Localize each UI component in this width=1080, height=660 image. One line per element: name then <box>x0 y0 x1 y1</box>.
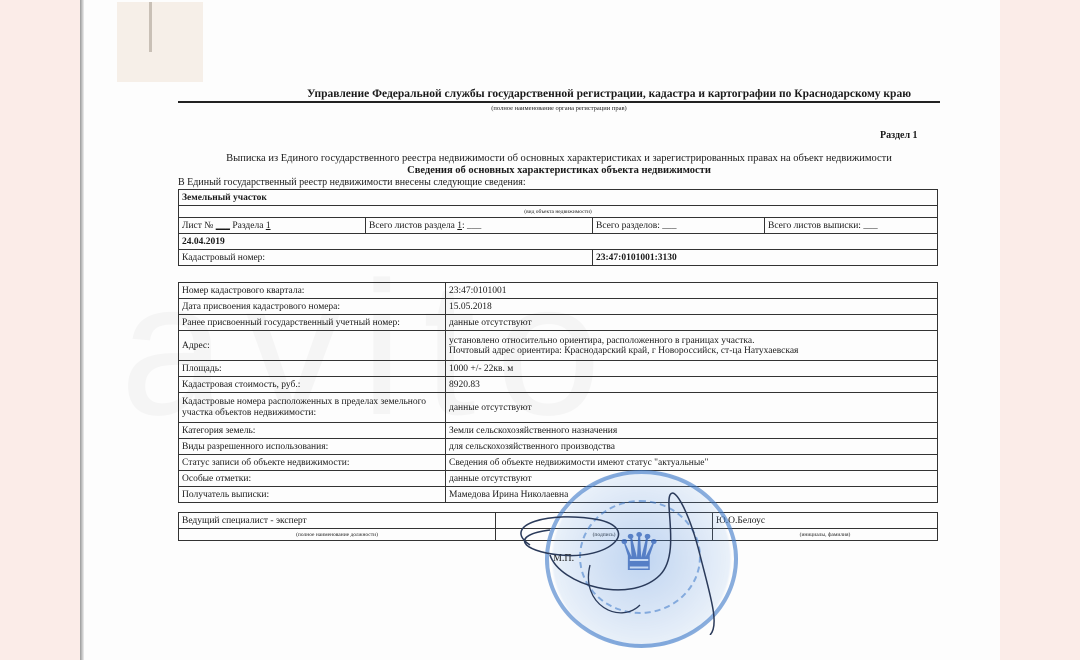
row-label: Категория земель: <box>179 423 446 439</box>
total-sheets-section-label: Всего листов раздела <box>369 221 455 231</box>
address-line-2: Почтовый адрес ориентира: Краснодарский … <box>449 346 934 356</box>
row-label: Площадь: <box>179 361 446 377</box>
row-value: для сельскохозяйственного производства <box>446 439 938 455</box>
total-sections-value: ___ <box>662 221 676 231</box>
name-caption: (инициалы, фамилия) <box>713 529 938 541</box>
handwritten-signature <box>490 485 740 635</box>
header-table: Земельный участок (вид объекта недвижимо… <box>178 189 938 266</box>
row-value: Сведения об объекте недвижимости имеют с… <box>446 455 938 471</box>
total-sheets-section-cell: Всего листов раздела 1: ___ <box>366 218 593 234</box>
document-title: Выписка из Единого государственного реес… <box>178 153 940 164</box>
row-label: Дата присвоения кадастрового номера: <box>179 299 446 315</box>
cadastral-number-value: 23:47:0101001:3130 <box>593 250 938 266</box>
table-row: Кадастровая стоимость, руб.:8920.83 <box>179 377 938 393</box>
row-label: Адрес: <box>179 331 446 361</box>
table-row: Номер кадастрового квартала:23:47:010100… <box>179 283 938 299</box>
row-label: Ранее присвоенный государственный учетны… <box>179 315 446 331</box>
table-row: Дата присвоения кадастрового номера:15.0… <box>179 299 938 315</box>
row-value: данные отсутствуют <box>446 393 938 423</box>
cadastral-number-label: Кадастровый номер: <box>179 250 593 266</box>
section-value: 1 <box>266 221 271 231</box>
address-line-1: установлено относительно ориентира, расп… <box>449 336 934 346</box>
object-type-caption: (вид объекта недвижимости) <box>179 206 938 218</box>
signer-name: Ю.О.Белоус <box>713 513 938 529</box>
paper-stain <box>117 2 203 82</box>
row-label: Особые отметки: <box>179 471 446 487</box>
details-table: Номер кадастрового квартала:23:47:010100… <box>178 282 938 503</box>
sheet-number-cell: Лист № ___ Раздела 1 <box>179 218 366 234</box>
total-sheets-value: ___ <box>863 221 877 231</box>
row-value: 1000 +/- 22кв. м <box>446 361 938 377</box>
row-label: Виды разрешенного использования: <box>179 439 446 455</box>
position: Ведущий специалист - эксперт <box>179 513 496 529</box>
total-sections-cell: Всего разделов: ___ <box>593 218 765 234</box>
row-value: данные отсутствуют <box>446 315 938 331</box>
section-label-cell: Раздела <box>232 221 263 231</box>
position-caption: (полное наименование должности) <box>179 529 496 541</box>
total-sheets-section-extra: : ___ <box>462 221 481 231</box>
row-label: Кадастровая стоимость, руб.: <box>179 377 446 393</box>
row-value: 8920.83 <box>446 377 938 393</box>
table-row: Виды разрешенного использования:для сель… <box>179 439 938 455</box>
table-row: Статус записи об объекте недвижимости:Св… <box>179 455 938 471</box>
extract-date: 24.04.2019 <box>179 234 938 250</box>
row-label: Кадастровые номера расположенных в преде… <box>179 393 446 423</box>
table-row: Площадь:1000 +/- 22кв. м <box>179 361 938 377</box>
document-subtitle: Сведения об основных характеристиках объ… <box>178 165 940 176</box>
agency-caption: (полное наименование органа регистрации … <box>178 105 940 112</box>
total-sections-label: Всего разделов: <box>596 221 660 231</box>
sheet-no-value: ___ <box>216 221 230 231</box>
page-edge-shadow <box>80 0 84 660</box>
intro-text: В Единый государственный реестр недвижим… <box>178 177 526 188</box>
table-row: Адрес:установлено относительно ориентира… <box>179 331 938 361</box>
sheet-no-label: Лист № <box>182 221 213 231</box>
agency-name: Управление Федеральной службы государств… <box>178 88 940 103</box>
table-row: Кадастровые номера расположенных в преде… <box>179 393 938 423</box>
table-row: Категория земель:Земли сельскохозяйствен… <box>179 423 938 439</box>
section-label: Раздел 1 <box>880 130 918 141</box>
row-label: Статус записи об объекте недвижимости: <box>179 455 446 471</box>
row-label: Получатель выписки: <box>179 487 446 503</box>
row-value: 23:47:0101001 <box>446 283 938 299</box>
row-value: Земли сельскохозяйственного назначения <box>446 423 938 439</box>
row-value-address: установлено относительно ориентира, расп… <box>446 331 938 361</box>
object-type: Земельный участок <box>179 190 938 206</box>
row-label: Номер кадастрового квартала: <box>179 283 446 299</box>
total-sheets-label: Всего листов выписки: <box>768 221 861 231</box>
total-sheets-cell: Всего листов выписки: ___ <box>765 218 938 234</box>
row-value: 15.05.2018 <box>446 299 938 315</box>
table-row: Ранее присвоенный государственный учетны… <box>179 315 938 331</box>
